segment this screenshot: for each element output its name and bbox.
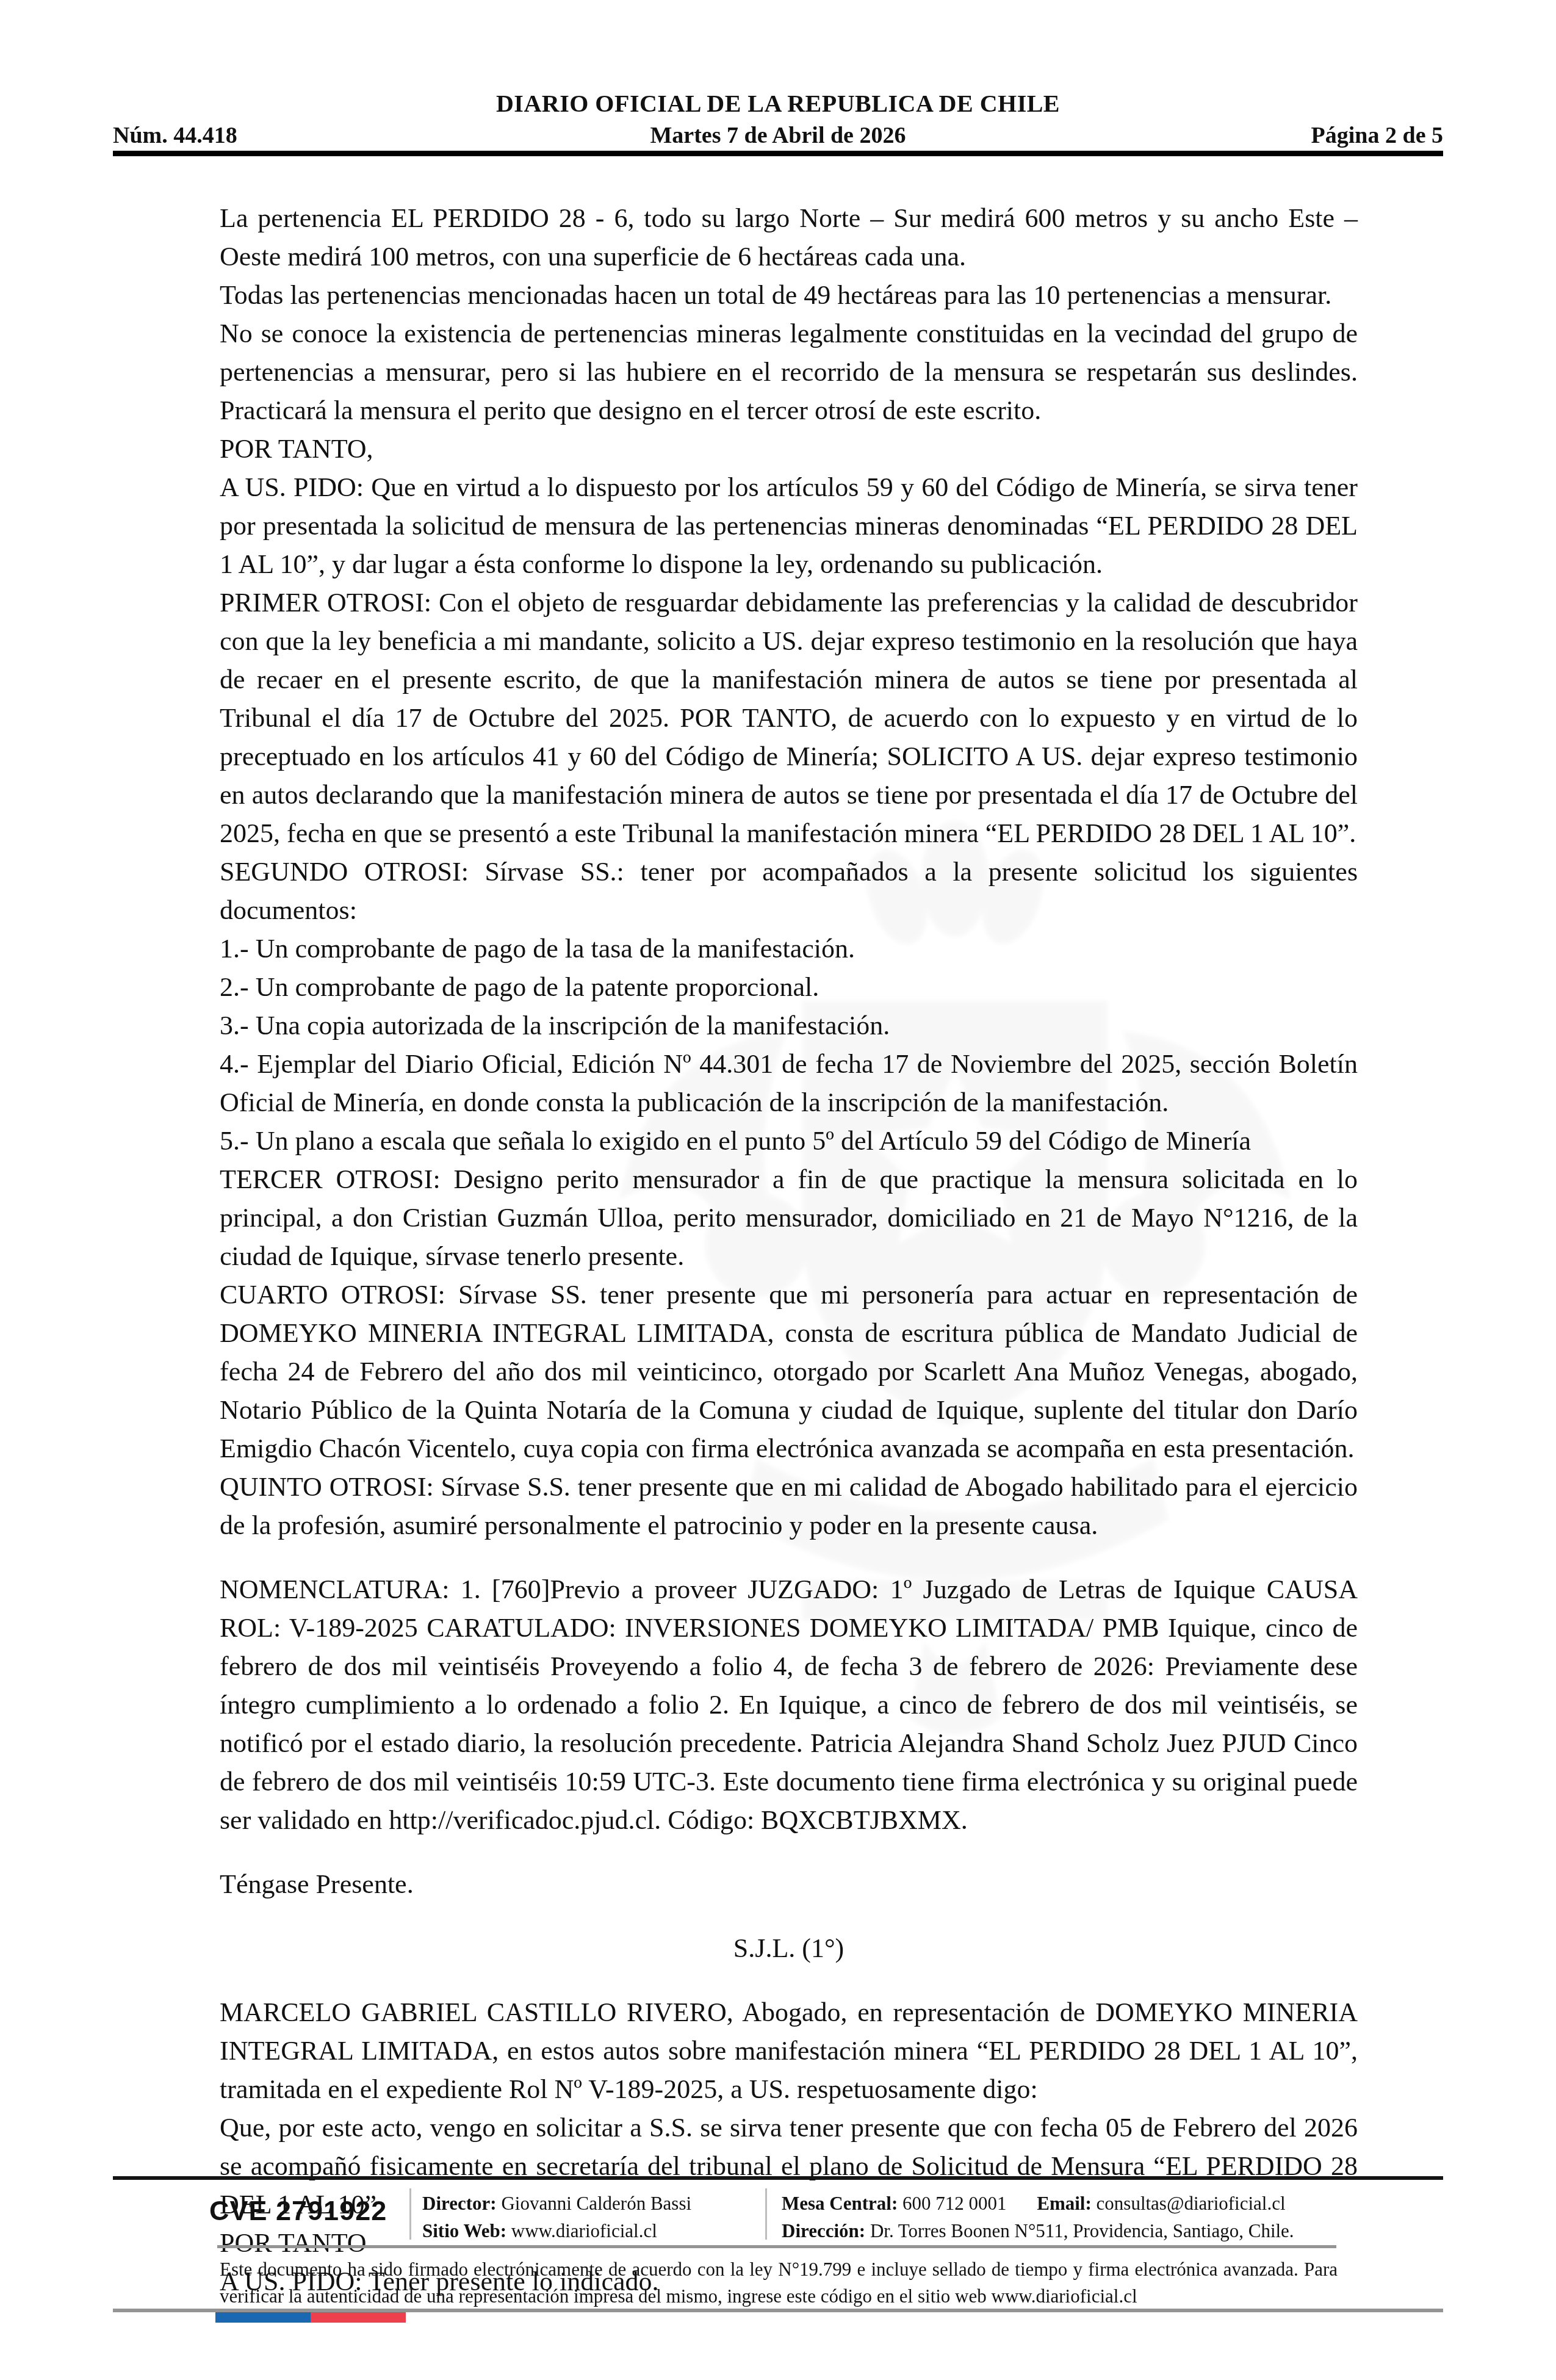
flag-blue-segment — [215, 2312, 311, 2323]
director-value: Giovanni Calderón Bassi — [501, 2193, 691, 2214]
body-paragraph: MARCELO GABRIEL CASTILLO RIVERO, Abogado… — [220, 1993, 1358, 2108]
list-item: 2.- Un comprobante de pago de la patente… — [220, 968, 1358, 1006]
paragraph-spacer — [220, 1967, 1358, 1993]
header-rule — [113, 151, 1443, 156]
header-row: Núm. 44.418 Martes 7 de Abril de 2026 Pá… — [113, 122, 1443, 150]
issue-date: Martes 7 de Abril de 2026 — [113, 122, 1443, 149]
paragraph-spacer — [220, 1839, 1358, 1865]
direccion-line: Dirección: Dr. Torres Boonen N°511, Prov… — [782, 2217, 1294, 2245]
body-paragraph: QUINTO OTROSI: Sírvase S.S. tener presen… — [220, 1468, 1358, 1545]
page-title: DIARIO OFICIAL DE LA REPUBLICA DE CHILE — [113, 89, 1443, 118]
body-paragraph: A US. PIDO: Que en virtud a lo dispuesto… — [220, 468, 1358, 583]
body-paragraph: SEGUNDO OTROSI: Sírvase SS.: tener por a… — [220, 853, 1358, 929]
director-label: Director: — [422, 2193, 497, 2214]
gazette-page: DIARIO OFICIAL DE LA REPUBLICA DE CHILE … — [0, 0, 1556, 2380]
footer-middle-rule — [217, 2245, 1336, 2248]
body-paragraph: Todas las pertenencias mencionadas hacen… — [220, 276, 1358, 314]
body-paragraph: PRIMER OTROSI: Con el objeto de resguard… — [220, 583, 1358, 853]
direccion-label: Dirección: — [782, 2220, 865, 2241]
footer-top-rule — [113, 2176, 1443, 2180]
gov-flag-bar — [215, 2312, 406, 2323]
email-label: Email: — [1037, 2193, 1092, 2214]
cve-code: CVE 2791922 — [209, 2195, 387, 2227]
paragraph-spacer — [220, 1545, 1358, 1570]
body-paragraph: La pertenencia EL PERDIDO 28 - 6, todo s… — [220, 199, 1358, 276]
body-paragraph: No se conoce la existencia de pertenenci… — [220, 314, 1358, 430]
director-line: Director: Giovanni Calderón Bassi — [422, 2190, 691, 2217]
signature-disclaimer: Este documento ha sido firmado electróni… — [220, 2256, 1338, 2310]
list-item: 3.- Una copia autorizada de la inscripci… — [220, 1006, 1358, 1045]
page-indicator: Página 2 de 5 — [1311, 122, 1443, 149]
court-salutation: S.J.L. (1°) — [220, 1929, 1358, 1967]
sitio-web-label: Sitio Web: — [422, 2220, 506, 2241]
body-paragraph: POR TANTO, — [220, 430, 1358, 468]
footer-director-column: Director: Giovanni Calderón Bassi Sitio … — [422, 2190, 691, 2245]
sitio-web-line: Sitio Web: www.diarioficial.cl — [422, 2217, 691, 2245]
mesa-central-line: Mesa Central: 600 712 0001 Email: consul… — [782, 2190, 1294, 2217]
list-item: 4.- Ejemplar del Diario Oficial, Edición… — [220, 1045, 1358, 1122]
paragraph-spacer — [220, 1903, 1358, 1929]
email-value: consultas@diarioficial.cl — [1097, 2193, 1286, 2214]
document-body: La pertenencia EL PERDIDO 28 - 6, todo s… — [220, 199, 1358, 2301]
list-item: 5.- Un plano a escala que señala lo exig… — [220, 1122, 1358, 1160]
mesa-central-label: Mesa Central: — [782, 2193, 898, 2214]
footer-divider — [765, 2188, 767, 2240]
sitio-web-value: www.diarioficial.cl — [511, 2220, 657, 2241]
mesa-central-value: 600 712 0001 — [902, 2193, 1007, 2214]
footer-divider — [409, 2188, 411, 2240]
flag-red-segment — [311, 2312, 406, 2323]
body-paragraph: CUARTO OTROSI: Sírvase SS. tener present… — [220, 1275, 1358, 1468]
direccion-value: Dr. Torres Boonen N°511, Providencia, Sa… — [870, 2220, 1294, 2241]
footer-contact-column: Mesa Central: 600 712 0001 Email: consul… — [782, 2190, 1294, 2245]
body-paragraph: TERCER OTROSI: Designo perito mensurador… — [220, 1160, 1358, 1275]
list-item: 1.- Un comprobante de pago de la tasa de… — [220, 929, 1358, 968]
body-paragraph: NOMENCLATURA: 1. [760]Previo a proveer J… — [220, 1570, 1358, 1839]
body-paragraph: Téngase Presente. — [220, 1865, 1358, 1903]
